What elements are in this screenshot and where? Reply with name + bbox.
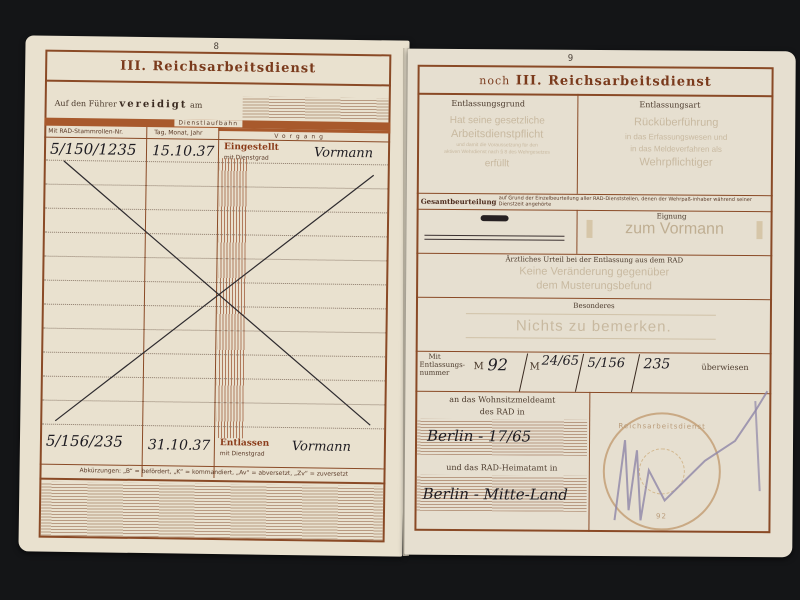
discharge-reason-line: aktiven Wehrdienst nach § 8 des Wehrgese… [419, 149, 575, 156]
discharge-type-line: in das Erfassungswesen und [579, 132, 773, 142]
discharge-type-line: in das Meldeverfahren als [579, 144, 773, 154]
last-date: 31.10.37 [148, 437, 211, 454]
home-office-label: und das RAD-Heimatamt in [415, 463, 589, 473]
redaction-mark [481, 215, 509, 221]
signature [604, 380, 775, 531]
medical-line: dem Musterungsbefund [416, 279, 772, 293]
ruled-area [41, 482, 384, 541]
registration-label-1: an das Wohnsitzmeldeamt [415, 395, 589, 405]
home-office-value: Berlin - Mitte-Land [423, 485, 568, 504]
registration-value: Berlin - 17/65 [427, 427, 531, 446]
page-number: 8 [213, 42, 219, 52]
last-unit-number: 5/156/235 [46, 432, 123, 451]
discharge-reason-line: erfüllt [419, 158, 575, 170]
col-unit-number: Mit RAD-Stammrollen-Nr. [48, 128, 123, 136]
dn-prefix: M [474, 361, 484, 372]
col-date: Tag, Monat, Jahr [154, 129, 202, 137]
right-page: 9 noch III. Reichsarbeitsdienst Entlassu… [404, 49, 796, 558]
event-hired: Eingestellt [224, 142, 279, 153]
event-discharged: Entlassen [220, 438, 269, 449]
discharge-type-label: Entlassungsart [639, 100, 700, 109]
suitability-value: zum Vormann [586, 220, 762, 239]
discharge-type-line: Rücküberführung [579, 116, 773, 129]
oath-date-field[interactable] [242, 96, 388, 120]
discharge-reason-line: Hat seine gesetzliche [419, 115, 575, 127]
service-header: Dienstlaufbahn [174, 119, 242, 127]
oath-label: Auf den Führer vereidigt am [55, 98, 203, 111]
left-page: 8 III. Reichsarbeitsdienst Auf den Führe… [18, 35, 409, 556]
discharge-number-label: Mit Entlassungs-nummer [419, 353, 449, 377]
discharge-reason-label: Entlassungsgrund [451, 99, 525, 109]
page-title: noch III. Reichsarbeitsdienst [417, 73, 773, 90]
discharge-reason-line: und damit die Voraussetzung für den [419, 142, 575, 149]
registration-label-2: des RAD in [415, 407, 589, 417]
event-discharged-sub: mit Dienstgrad [220, 450, 265, 458]
page-number: 9 [568, 54, 573, 64]
discharge-reason-line: Arbeitsdienstpflicht [419, 128, 575, 141]
assessment-label: Gesamtbeurteilung [421, 197, 497, 207]
cross-out-mark [50, 156, 384, 431]
special-value: Nichts zu bemerken. [416, 317, 772, 336]
medical-line: Keine Veränderung gegenüber [416, 265, 772, 279]
suitability-label: Eignung [657, 212, 687, 220]
dn-suffix: überwiesen [702, 363, 749, 372]
discharge-type-line: Wehrpflichtiger [579, 156, 773, 169]
assessment-note: auf Grund der Einzelbeurteilung aller RA… [499, 195, 769, 209]
last-rank: Vormann [292, 439, 351, 455]
